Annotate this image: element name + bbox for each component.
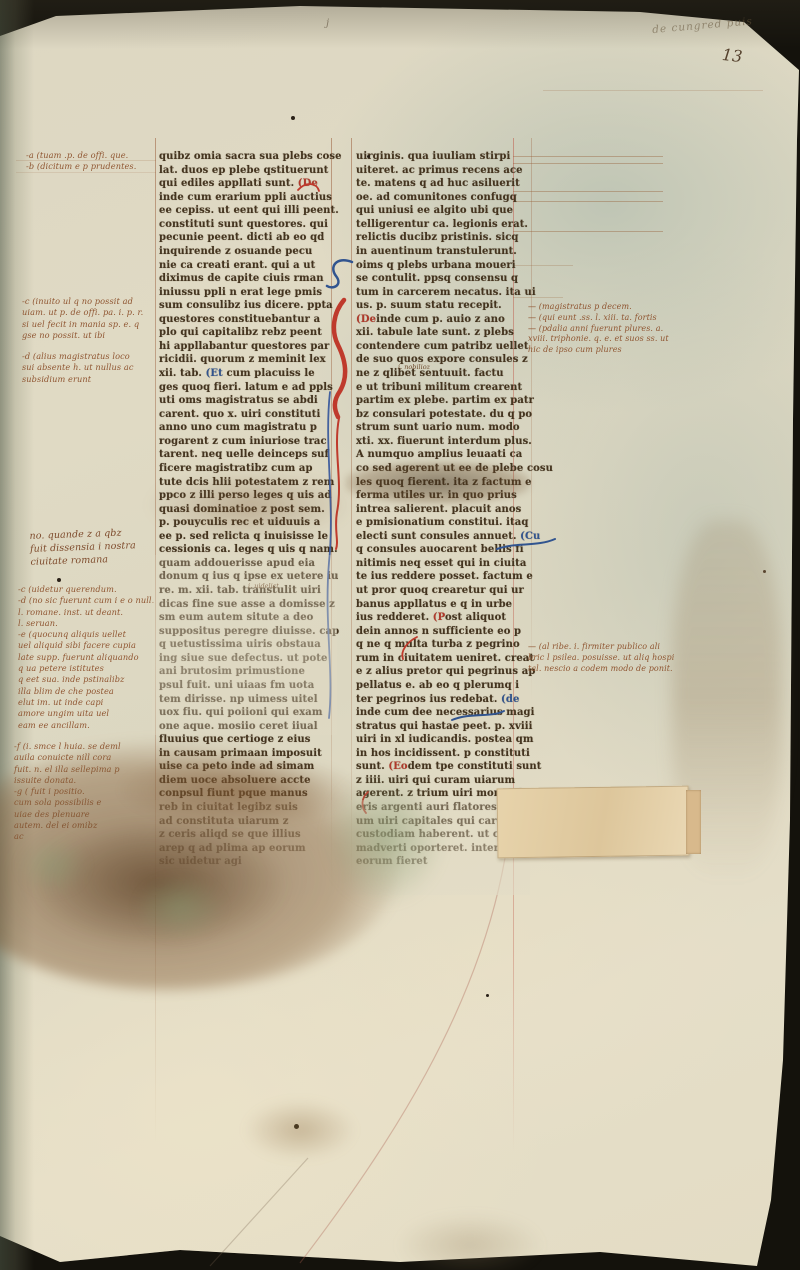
manuscript-line: -c (uidetur querendum. [18, 584, 154, 595]
manuscript-line: si uel fecit in mania sp. e. q [22, 319, 143, 330]
red-initial: (De [356, 314, 376, 325]
manuscript-line: uti oms magistratus se abdi [159, 394, 333, 408]
manuscript-line: electi sunt consules annuet. (Cu [356, 530, 516, 544]
manuscript-line: e z alius pretor qui pegrinus ap [356, 665, 516, 679]
manuscript-line: qui ediles appllati sunt. (De [159, 177, 333, 191]
manuscript-line: reb in ciuitat legibz suis [159, 801, 333, 815]
manuscript-line: ut pror quoq crearetur qui ur [356, 584, 516, 598]
manuscript-line: suppositus peregre diuisse. cap [159, 625, 333, 639]
manuscript-line: ter pegrinos ius redebat. (de [356, 693, 516, 707]
manuscript-line [159, 869, 333, 883]
manuscript-line: sm eum autem situte a deo [159, 611, 333, 625]
manuscript-line: tum in carcerem necatus. ita ui [356, 286, 516, 300]
manuscript-line: uiteret. ac primus recens ace [356, 164, 516, 178]
manuscript-line: — (al ribe. i. firmiter publico ali [528, 642, 688, 653]
ruling-line-horizontal [543, 90, 763, 91]
manuscript-line: ius redderet. (Post aliquot [356, 611, 516, 625]
manuscript-line: z iiii. uiri qui curam uiarum [356, 774, 516, 788]
manuscript-line: subsidium erunt [22, 374, 134, 385]
manuscript-line: dein annos n sufficiente eo p [356, 625, 516, 639]
manuscript-line: -c (inuito ul q no possit ad [22, 296, 143, 307]
manuscript-line: quibz omia sacra sua plebs cose [159, 150, 333, 164]
manuscript-line: les quoq fierent. ita z factum e [356, 476, 516, 490]
manuscript-line: sui absente h. ut nullus ac [22, 362, 134, 373]
manuscript-line: inquirende z osuande pecu [159, 245, 333, 259]
manuscript-line: oe. ad comunitones confugq [356, 191, 516, 205]
manuscript-line: hic de ipso cum plures [528, 345, 688, 356]
manuscript-page-scan: 13 de cungred puis j quibz omia sacra su… [0, 0, 800, 1270]
manuscript-line: eam ee ancillam. [18, 720, 154, 731]
manuscript-line: inde cum erarium ppli auctius [159, 191, 333, 205]
manuscript-line: intrea salierent. placuit anos [356, 503, 516, 517]
manuscript-line: bric l psilea. posuisse. ut aliq hospi [528, 653, 688, 664]
manuscript-line: custodiam haberent. ut cum ani [356, 828, 516, 842]
manuscript-line: — (pdalia anni fuerunt plures. a. [528, 324, 688, 335]
manuscript-line: ficere magistratibz cum ap [159, 462, 333, 476]
manuscript-line: diximus de capite ciuis rman [159, 272, 333, 286]
manuscript-line: A numquo amplius leuaati ca [356, 448, 516, 462]
manuscript-line: carent. quo x. uiri constituti [159, 408, 333, 422]
manuscript-line: q consules auocarent bellis fi [356, 543, 516, 557]
manuscript-line: ing siue sue defectus. ut pote [159, 652, 333, 666]
manuscript-line: uox fiu. qui poiioni qui exam [159, 706, 333, 720]
manuscript-line: se contulit. ppsq consensu q [356, 272, 516, 286]
manuscript-line: ani brutosim primustione [159, 665, 333, 679]
manuscript-line: in causam primaan imposuit [159, 747, 333, 761]
manuscript-line: bz consulari potestate. du q po [356, 408, 516, 422]
manuscript-line: contendere cum patribz uellet [356, 340, 516, 354]
manuscript-line: telligerentur ca. legionis erat. [356, 218, 516, 232]
manuscript-line: -d (alius magistratus loco [22, 351, 134, 362]
manuscript-line: re. m. xii. tab. transtulit uiri [159, 584, 333, 598]
manuscript-line: dicas fine sue asse a domisse z [159, 598, 333, 612]
manuscript-line: de suo quos expore consules z [356, 353, 516, 367]
manuscript-line: uel aliquid sibi facere cupia [18, 640, 154, 651]
manuscript-line: pellatus e. ab eo q plerumq i [356, 679, 516, 693]
manuscript-line: -d (no sic fuerunt cum i e o null. [18, 595, 154, 606]
left-gloss-d: -d (alius magistratus locosui absente h.… [22, 351, 134, 385]
ruling-line-horizontal [513, 265, 573, 266]
manuscript-line: ppco z illi perso leges q uis ad [159, 489, 333, 503]
manuscript-line: auila conuicte nill cora [14, 752, 121, 763]
manuscript-line: l. seruan. [18, 618, 154, 629]
manuscript-line: ee cepiss. ut eent qui illi peent. [159, 204, 333, 218]
manuscript-line: -b (dicitum e p prudentes. [26, 161, 136, 172]
manuscript-line: -f (i. smce l huia. se deml [14, 741, 121, 752]
manuscript-line: ac [14, 831, 121, 842]
manuscript-line: psul fuit. uni uiaas fm uota [159, 679, 333, 693]
left-gloss-f-g: -f (i. smce l huia. se demlauila conuict… [14, 741, 121, 843]
manuscript-line: banus appllatus e q in urbe [356, 598, 516, 612]
left-gloss-nota-header: no. quande z a qbzfuit dissensia i nostr… [29, 526, 136, 569]
manuscript-line: one aque. mosiio ceret iiual [159, 720, 333, 734]
manuscript-line: q ne q multa turba z pegrino [356, 638, 516, 652]
manuscript-line: gse no possit. ut ibi [22, 330, 143, 341]
manuscript-line: fuit. n. el illa sellepima p [14, 764, 121, 775]
manuscript-line: cum sola possibilis e [14, 797, 121, 808]
manuscript-line: iniussu ppli n erat lege pmis [159, 286, 333, 300]
manuscript-line: elut im. ut inde capi [18, 697, 154, 708]
manuscript-line: nitimis neq esset qui in ciuita [356, 557, 516, 571]
interlinear-note: i. nobilioz [398, 363, 430, 371]
ruling-line-horizontal [513, 231, 663, 232]
manuscript-line: xti. xx. fiuerunt interdum plus. [356, 435, 516, 449]
ruling-line-horizontal [513, 201, 663, 202]
manuscript-line: sic uidetur agi [159, 855, 333, 869]
manuscript-line: qui uniusi ee algito ubi que [356, 204, 516, 218]
manuscript-line: co sed agerent ut ee de plebe cosu [356, 462, 516, 476]
manuscript-line: conpsul fiunt pque manus [159, 787, 333, 801]
manuscript-line: rum in ciuitatem ueniret. creat [356, 652, 516, 666]
manuscript-line: -a (tuam .p. de offi. que. [26, 150, 136, 161]
parchment-repair-patch-edge [686, 790, 701, 854]
manuscript-line: fluuius que certioge z eius [159, 733, 333, 747]
manuscript-line: xii. tabule late sunt. z plebs [356, 326, 516, 340]
manuscript-line: amore ungim uita uel [18, 708, 154, 719]
manuscript-line: — (magistratus p decem. [528, 302, 688, 313]
manuscript-line: uiri in xl iudicandis. postea qm [356, 733, 516, 747]
manuscript-line: e ut tribuni militum crearent [356, 381, 516, 395]
manuscript-line: constituti sunt questores. qui [159, 218, 333, 232]
manuscript-line: illa blim de che postea [18, 686, 154, 697]
manuscript-line: anno uno cum magistratu p [159, 421, 333, 435]
blue-initial: (Cu [520, 531, 540, 542]
blue-initial: (de [501, 694, 519, 705]
manuscript-line: tem dirisse. np uimess uitel [159, 693, 333, 707]
ink-dot [57, 578, 61, 582]
manuscript-line: diem uoce absoluere accte [159, 774, 333, 788]
manuscript-line: xii. tab. (Et cum placuiss le [159, 367, 333, 381]
manuscript-line: -e (quocunq aliquis uellet [18, 629, 154, 640]
manuscript-line: quasi dominatioe z post sem. [159, 503, 333, 517]
red-initial: (De [298, 178, 318, 189]
manuscript-line: eris argenti auri flatores. z tri [356, 801, 516, 815]
manuscript-line: ee p. sed relicta q inuisisse le [159, 530, 333, 544]
manuscript-line: oims q plebs urbana moueri [356, 259, 516, 273]
manuscript-line: quam addouerisse apud eia [159, 557, 333, 571]
manuscript-line: ne z qlibet sentuuit. factu [356, 367, 516, 381]
manuscript-line: questores constituebantur a [159, 313, 333, 327]
ruling-line-horizontal [513, 191, 663, 192]
manuscript-line: ferma utiles ur. in quo prius [356, 489, 516, 503]
manuscript-line: agerent. z trium uiri monetale a [356, 787, 516, 801]
manuscript-line: cessionis ca. leges q uis q nam. [159, 543, 333, 557]
manuscript-line: ges quoq fieri. latum e ad ppls [159, 381, 333, 395]
manuscript-line: uiam. ut p. de offi. pa. i. p. r. [22, 307, 143, 318]
manuscript-line: eorum fieret [356, 855, 516, 869]
manuscript-line: relictis ducibz pristinis. sicq [356, 231, 516, 245]
manuscript-line: e pmisionatium constitui. itaq [356, 516, 516, 530]
manuscript-line: rogarent z cum iniuriose trac [159, 435, 333, 449]
manuscript-line: um uiri capitales qui carceris [356, 815, 516, 829]
manuscript-line: q eet sua. inde pstinalibz [18, 674, 154, 685]
manuscript-line: arep q ad plima ap eorum [159, 842, 333, 856]
ruling-line-vertical [155, 138, 156, 1143]
folio-number: 13 [721, 45, 743, 66]
manuscript-line: inde cum dee necessarius magi [356, 706, 516, 720]
manuscript-line: lat. duos ep plebe qstituerunt [159, 164, 333, 178]
manuscript-line: madverti oporteret. interuentu [356, 842, 516, 856]
manuscript-line: hi appllabantur questores par [159, 340, 333, 354]
manuscript-line: tarent. neq uelle deinceps suf [159, 448, 333, 462]
manuscript-line: us. p. suum statu recepit. [356, 299, 516, 313]
red-initial: (P [433, 612, 445, 623]
ink-dot [486, 994, 489, 997]
manuscript-line: issuite donata. [14, 775, 121, 786]
manuscript-line: te ius reddere posset. factum e [356, 570, 516, 584]
ruling-line-horizontal [513, 163, 663, 164]
red-initial: (Eo [388, 761, 407, 772]
ruling-line-vertical [351, 138, 352, 898]
ink-dot [294, 1124, 299, 1129]
ink-dot [291, 116, 295, 120]
manuscript-line: stratus qui hastae peet. p. xviii [356, 720, 516, 734]
manuscript-line: tal. nescio a codem modo de ponit. [528, 664, 688, 675]
left-gloss-a-b: -a (tuam .p. de offi. que.-b (dicitum e … [26, 150, 136, 173]
text-column-left: quibz omia sacra sua plebs coselat. duos… [159, 150, 333, 882]
manuscript-line: late supp. fuerunt aliquando [18, 652, 154, 663]
manuscript-line: q uetustissima uiris obstaua [159, 638, 333, 652]
manuscript-line: ricidii. quorum z meminit lex [159, 353, 333, 367]
top-center-mark: j [326, 18, 329, 29]
manuscript-line: sunt. (Eodem tpe constituti sunt [356, 760, 516, 774]
manuscript-line: uirginis. qua iuuliam stirpi [356, 150, 516, 164]
manuscript-line: partim ex plebe. partim ex patr [356, 394, 516, 408]
manuscript-line: uiae des plenuare [14, 809, 121, 820]
right-gloss-magistratus: — (magistratus p decem.— (qui eunt .ss. … [528, 302, 688, 356]
manuscript-line: -g ( fuit i positio. [14, 786, 121, 797]
manuscript-line: tute dcis hlii potestatem z rem [159, 476, 333, 490]
parchment-repair-patch [497, 786, 690, 859]
manuscript-line: (Deinde cum p. auio z ano [356, 313, 516, 327]
blue-initial: (Et [206, 368, 223, 379]
ink-dot [763, 570, 766, 573]
interlinear-note: i. uidelict [248, 582, 279, 590]
manuscript-line: z ceris aliqd se que illius [159, 828, 333, 842]
manuscript-line: p. pouyculis rec et uiduuis a [159, 516, 333, 530]
ink-dot [367, 155, 370, 158]
manuscript-line: pecunie peent. dicti ab eo qd [159, 231, 333, 245]
text-column-right: uirginis. qua iuuliam stirpiuiteret. ac … [356, 150, 516, 869]
manuscript-line: ad constituta uiarum z [159, 815, 333, 829]
manuscript-line: plo qui capitalibz rebz peent [159, 326, 333, 340]
manuscript-line: — (qui eunt .ss. l. xiii. ta. fortis [528, 313, 688, 324]
manuscript-line: q ua petere istitutes [18, 663, 154, 674]
manuscript-line: nie ca creati erant. qui a ut [159, 259, 333, 273]
manuscript-line: l. romane. inst. ut deant. [18, 607, 154, 618]
manuscript-line: in hos incidissent. p constituti [356, 747, 516, 761]
manuscript-line: in auentinum transtulerunt. [356, 245, 516, 259]
right-gloss-alibi: — (al ribe. i. firmiter publico alibric … [528, 642, 688, 674]
manuscript-line: te. matens q ad huc asiluerit [356, 177, 516, 191]
manuscript-line: sum consulibz ius dicere. ppta [159, 299, 333, 313]
left-gloss-c: -c (inuito ul q no possit aduiam. ut p. … [22, 296, 143, 341]
manuscript-line: uise ca peto inde ad simam [159, 760, 333, 774]
manuscript-line: strum sunt uario num. modo [356, 421, 516, 435]
manuscript-line: autem. del ei omibz [14, 820, 121, 831]
ruling-line-horizontal [513, 156, 663, 157]
manuscript-line: donum q ius q ipse ex uetere iu [159, 570, 333, 584]
ruling-line-vertical [531, 138, 532, 708]
manuscript-line: xviii. triphonie. q. e. et suos ss. ut [528, 334, 688, 345]
left-gloss-list: -c (uidetur querendum.-d (no sic fuerunt… [18, 584, 154, 731]
page-top-shadow [0, 0, 800, 70]
